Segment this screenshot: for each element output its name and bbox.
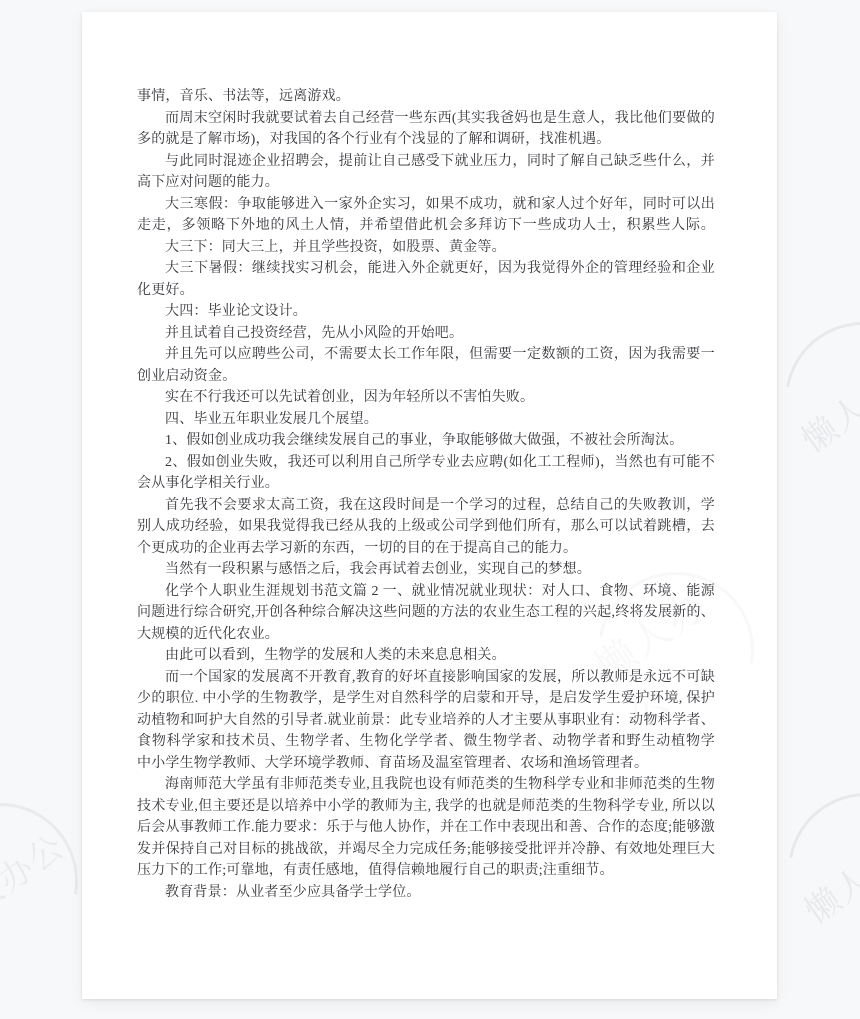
document-line: 技术专业,但主要还是以培养中小学的教师为主, 我学的也就是师范类的生物科学专业,… — [137, 796, 715, 818]
document-line: 个更成功的企业再去学习新的东西，一切的目的在于提高自己的能力。 — [137, 538, 715, 560]
document-line: 海南师范大学虽有非师范类专业,且我院也设有师范类的生物科学专业和非师范类的生物 — [137, 774, 715, 796]
document-text-block: 事情，音乐、书法等，远离游戏。而周末空闲时我就要试着去自己经营一些东西(其实我爸… — [137, 86, 715, 903]
document-line: 四、毕业五年职业发展几个展望。 — [137, 409, 715, 431]
document-line: 化学个人职业生涯规划书范文篇 2 一、就业情况就业现状：对人口、食物、环境、能源… — [137, 581, 715, 603]
document-line: 多的就是了解市场)，对我国的各个行业有个浅显的了解和调研，找准机遇。 — [137, 129, 715, 151]
document-line: 并且试着自己投资经营，先从小风险的开始吧。 — [137, 323, 715, 345]
document-line: 事情，音乐、书法等，远离游戏。 — [137, 86, 715, 108]
document-line: 1、假如创业成功我会继续发展自己的事业，争取能够做大做强，不被社会所淘汰。 — [137, 430, 715, 452]
document-line: 大三下暑假：继续找实习机会，能进入外企就更好，因为我觉得外企的管理经验和企业文 — [137, 258, 715, 280]
brand-watermark-label: 懒人办公 — [793, 810, 860, 933]
document-line: 而一个国家的发展离不开教育,教育的好坏直接影响国家的发展，所以教师是永远不可缺 — [137, 667, 715, 689]
document-line: 当然有一段积累与感悟之后，我会再试着去创业，实现自己的梦想。 — [137, 559, 715, 581]
document-line: 2、假如创业失败，我还可以利用自己所学专业去应聘(如化工工程师)，当然也有可能不 — [137, 452, 715, 474]
document-line: 由此可以看到，生物学的发展和人类的未来息息相关。 — [137, 645, 715, 667]
document-line: 压力下的工作;可靠地，有责任感地，值得信赖地履行自己的职责;注重细节。 — [137, 860, 715, 882]
document-line: 会从事化学相关行业。 — [137, 473, 715, 495]
document-line: 问题进行综合研究,开创各种综合解决这些问题的方法的农业生态工程的兴起,终将发展新… — [137, 602, 715, 624]
document-page: 事情，音乐、书法等，远离游戏。而周末空闲时我就要试着去自己经营一些东西(其实我爸… — [82, 12, 777, 999]
document-line: 高下应对问题的能力。 — [137, 172, 715, 194]
document-line: 大四：毕业论文设计。 — [137, 301, 715, 323]
document-line: 食物科学家和技术员、生物学者、生物化学学者、微生物学者、动物学者和野生动植物学者… — [137, 731, 715, 753]
document-line: 中小学生物学教师、大学环境学教师、育苗场及温室管理者、农场和渔场管理者。 — [137, 753, 715, 775]
document-line: 而周末空闲时我就要试着去自己经营一些东西(其实我爸妈也是生意人，我比他们要做的 — [137, 108, 715, 130]
document-line: 教育背景：从业者至少应具备学士学位。 — [137, 882, 715, 904]
document-line: 动植物和呵护大自然的引导者.就业前景：此专业培养的人才主要从事职业有：动物科学者… — [137, 710, 715, 732]
document-line: 大三下：同大三上，并且学些投资，如股票、黄金等。 — [137, 237, 715, 259]
document-line: 与此同时混迹企业招聘会，提前让自己感受下就业压力，同时了解自己缺乏些什么，并提 — [137, 151, 715, 173]
document-line: 创业启动资金。 — [137, 366, 715, 388]
brand-watermark-label: 懒人办公 — [0, 820, 73, 943]
document-line: 别人成功经验，如果我觉得我已经从我的上级或公司学到他们所有，那么可以试着跳槽，去… — [137, 516, 715, 538]
document-line: 少的职位. 中小学的生物教学，是学生对自然科学的启蒙和开导，是启发学生爱护环境,… — [137, 688, 715, 710]
brand-watermark-label: 懒人办公 — [790, 339, 860, 462]
document-line: 首先我不会要求太高工资，我在这段时间是一个学习的过程，总结自己的失败教训，学习 — [137, 495, 715, 517]
document-line: 实在不行我还可以先试着创业，因为年轻所以不害怕失败。 — [137, 387, 715, 409]
document-line: 走走，多领略下外地的风土人情，并希望借此机会多拜访下一些成功人士，积累些人际。 — [137, 215, 715, 237]
document-line: 化更好。 — [137, 280, 715, 302]
document-line: 发并保持自己对目标的挑战欲，并竭尽全力完成任务;能够接受批评并冷静、有效地处理巨… — [137, 839, 715, 861]
document-line: 后会从事教师工作.能力要求：乐于与他人协作，并在工作中表现出和善、合作的态度;能… — [137, 817, 715, 839]
document-line: 大规模的近代化农业。 — [137, 624, 715, 646]
viewer-background: { "viewer": { "background_color": "#f7f8… — [0, 0, 860, 1019]
document-line: 大三寒假：争取能够进入一家外企实习，如果不成功，就和家人过个好年，同时可以出去 — [137, 194, 715, 216]
document-line: 并且先可以应聘些公司，不需要太长工作年限，但需要一定数额的工资，因为我需要一些 — [137, 344, 715, 366]
